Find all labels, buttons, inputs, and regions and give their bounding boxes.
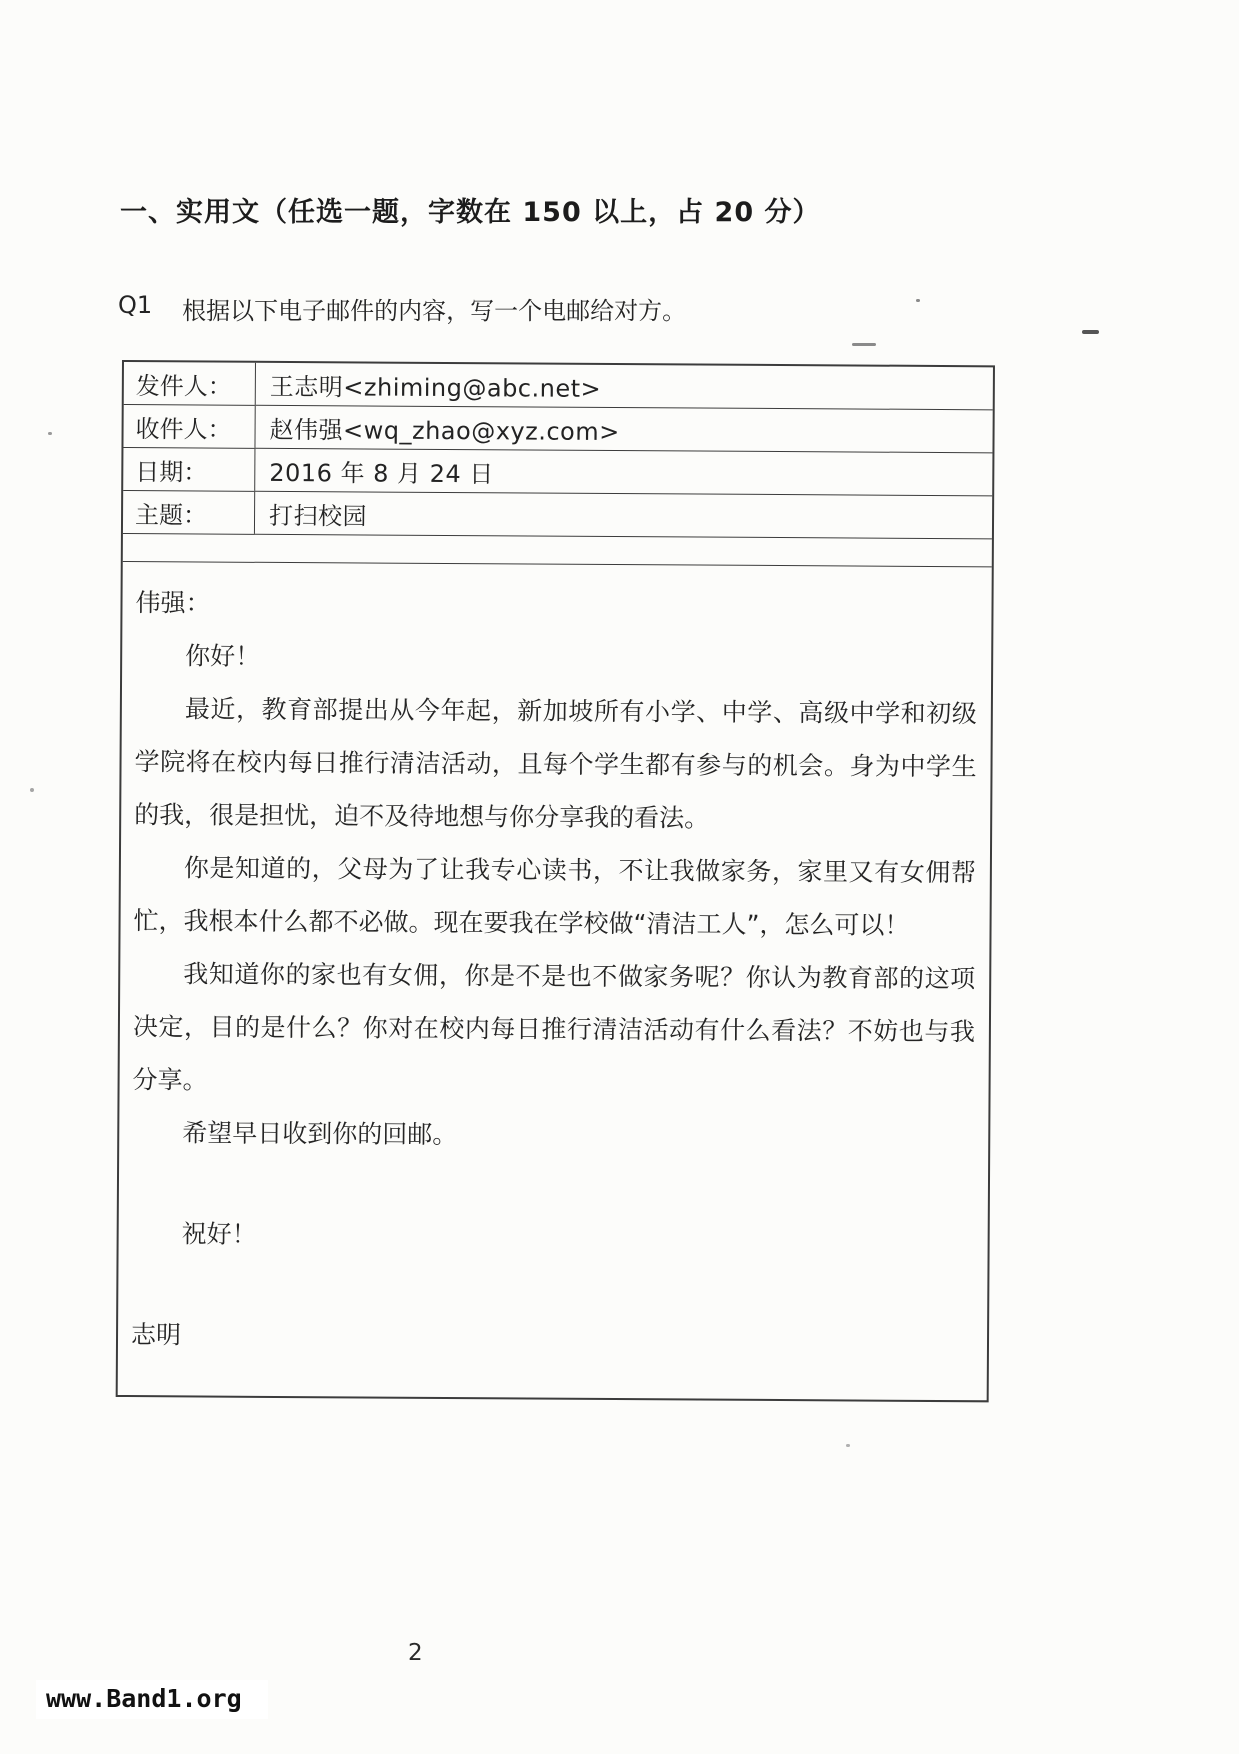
- scan-artifact: [30, 788, 34, 792]
- date-value: 2016 年 8 月 24 日: [255, 449, 992, 496]
- body-salutation: 伟强：: [135, 576, 977, 634]
- question-text: 根据以下电子邮件的内容，写一个电邮给对方。: [182, 291, 686, 326]
- from-value: 王志明<zhiming@abc.net>: [256, 363, 993, 410]
- email-box: 发件人： 王志明<zhiming@abc.net> 收件人： 赵伟强<wq_zh…: [116, 360, 995, 1402]
- body-wellwish: 祝好！: [132, 1207, 974, 1265]
- header-row-date: 日期： 2016 年 8 月 24 日: [123, 448, 992, 496]
- scan-artifact: [1082, 330, 1099, 334]
- section-heading: 一、实用文（任选一题，字数在 150 以上，占 20 分）: [120, 190, 821, 229]
- email-body: 伟强： 你好！ 最近，教育部提出从今年起，新加坡所有小学、中学、高级中学和初级学…: [118, 562, 992, 1400]
- body-closing-request: 希望早日收到你的回邮。: [132, 1106, 974, 1164]
- scan-artifact: [916, 299, 920, 302]
- header-row-to: 收件人： 赵伟强<wq_zhao@xyz.com>: [123, 405, 992, 453]
- body-paragraph: 我知道你的家也有女佣，你是不是也不做家务呢？你认为教育部的这项决定，目的是什么？…: [132, 947, 975, 1111]
- date-label: 日期：: [123, 448, 255, 491]
- subject-value: 打扫校园: [255, 492, 992, 539]
- header-row-from: 发件人： 王志明<zhiming@abc.net>: [124, 362, 993, 410]
- page-number: 2: [408, 1640, 423, 1666]
- to-value: 赵伟强<wq_zhao@xyz.com>: [255, 406, 992, 453]
- to-label: 收件人：: [123, 405, 255, 448]
- scan-artifact: [48, 432, 52, 435]
- scan-artifact: [852, 343, 876, 346]
- body-signature: 志明: [131, 1308, 973, 1366]
- header-row-subject: 主题： 打扫校园: [123, 491, 992, 539]
- from-label: 发件人：: [124, 362, 256, 405]
- scan-artifact: [846, 1444, 850, 1447]
- question-line: Q1 根据以下电子邮件的内容，写一个电邮给对方。: [118, 291, 686, 326]
- body-paragraph: 你是知道的，父母为了让我专心读书，不让我做家务，家里又有女佣帮忙，我根本什么都不…: [133, 841, 976, 952]
- question-label: Q1: [118, 291, 152, 326]
- subject-label: 主题：: [123, 491, 255, 534]
- body-greeting: 你好！: [135, 629, 977, 687]
- watermark: www.Band1.org: [36, 1680, 268, 1719]
- scanned-exam-page: 一、实用文（任选一题，字数在 150 以上，占 20 分） Q1 根据以下电子邮…: [0, 0, 1239, 1754]
- email-header-table: 发件人： 王志明<zhiming@abc.net> 收件人： 赵伟强<wq_zh…: [123, 362, 993, 539]
- body-paragraph: 最近，教育部提出从今年起，新加坡所有小学、中学、高级中学和初级学院将在校内每日推…: [134, 682, 977, 846]
